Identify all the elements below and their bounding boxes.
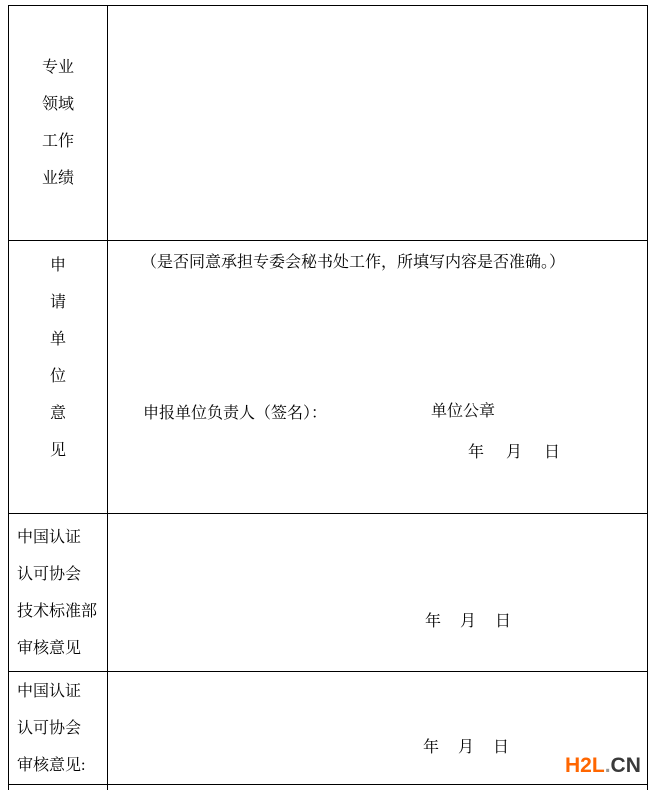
month-label: 月 <box>458 734 474 757</box>
achievements-label-cell: 专业 领域 工作 业绩 <box>9 6 108 241</box>
label-line: 请 <box>9 284 107 321</box>
watermark-text-primary: H2L <box>565 754 605 777</box>
label-line: 单 <box>9 321 107 358</box>
applicant-opinion-label-cell: 申 请 单 位 意 见 <box>9 241 108 514</box>
label-line: 中国认证 <box>17 519 107 556</box>
table-row: 中国认证 认可协会 审核意见: 年 月 日 <box>9 672 648 785</box>
day-label: 日 <box>495 608 511 631</box>
tech-dept-review-label: 中国认证 认可协会 技术标准部 审核意见 <box>9 514 107 671</box>
seal-label: 单位公章 <box>431 398 495 421</box>
table-row: 申 请 单 位 意 见 （是否同意承担专委会秘书处工作，所填写内容是否准确。） … <box>9 241 648 514</box>
instruction-note: （是否同意承担专委会秘书处工作，所填写内容是否准确。） <box>141 249 565 272</box>
label-line: 业绩 <box>9 160 107 197</box>
table-border-stub <box>8 781 9 790</box>
tech-dept-review-label-cell: 中国认证 认可协会 技术标准部 审核意见 <box>9 514 108 672</box>
year-label: 年 <box>468 439 484 462</box>
label-line: 申 <box>9 247 107 284</box>
form-document-page: 专业 领域 工作 业绩 申 请 单 位 <box>0 0 654 790</box>
label-line: 审核意见: <box>17 747 107 784</box>
achievements-label: 专业 领域 工作 业绩 <box>9 6 107 240</box>
applicant-opinion-content-cell: （是否同意承担专委会秘书处工作，所填写内容是否准确。） 申报单位负责人（签名）：… <box>108 241 648 514</box>
label-line: 中国认证 <box>17 673 107 710</box>
month-label: 月 <box>460 608 476 631</box>
application-form-table: 专业 领域 工作 业绩 申 请 单 位 <box>8 5 648 785</box>
label-line: 审核意见 <box>17 630 107 667</box>
label-line: 技术标准部 <box>17 593 107 630</box>
ccaa-review-label: 中国认证 认可协会 审核意见: <box>9 672 107 784</box>
label-line: 见 <box>9 432 107 469</box>
label-line: 认可协会 <box>17 710 107 747</box>
date-line: 年 月 日 <box>468 439 560 462</box>
achievements-blank-area <box>108 6 647 240</box>
table-row: 中国认证 认可协会 技术标准部 审核意见 年 月 日 <box>9 514 648 672</box>
year-label: 年 <box>423 734 439 757</box>
day-label: 日 <box>544 439 560 462</box>
label-line: 领域 <box>9 86 107 123</box>
label-line: 工作 <box>9 123 107 160</box>
label-line: 专业 <box>9 49 107 86</box>
date-line: 年 月 日 <box>425 608 511 631</box>
tech-dept-review-content-cell: 年 月 日 <box>108 514 648 672</box>
signature-label: 申报单位负责人（签名）： <box>143 400 327 423</box>
table-border-stub <box>107 781 108 790</box>
table-row: 专业 领域 工作 业绩 <box>9 6 648 241</box>
label-line: 认可协会 <box>17 556 107 593</box>
applicant-opinion-label: 申 请 单 位 意 见 <box>9 241 107 513</box>
label-line: 意 <box>9 395 107 432</box>
achievements-content-cell <box>108 6 648 241</box>
label-line: 位 <box>9 358 107 395</box>
table-border-stub <box>647 781 648 790</box>
date-line: 年 月 日 <box>423 734 509 757</box>
ccaa-review-label-cell: 中国认证 认可协会 审核意见: <box>9 672 108 785</box>
watermark-text-secondary: CN <box>611 754 641 777</box>
watermark-logo: H2L.CN <box>565 754 641 778</box>
year-label: 年 <box>425 608 441 631</box>
month-label: 月 <box>506 439 522 462</box>
day-label: 日 <box>493 734 509 757</box>
